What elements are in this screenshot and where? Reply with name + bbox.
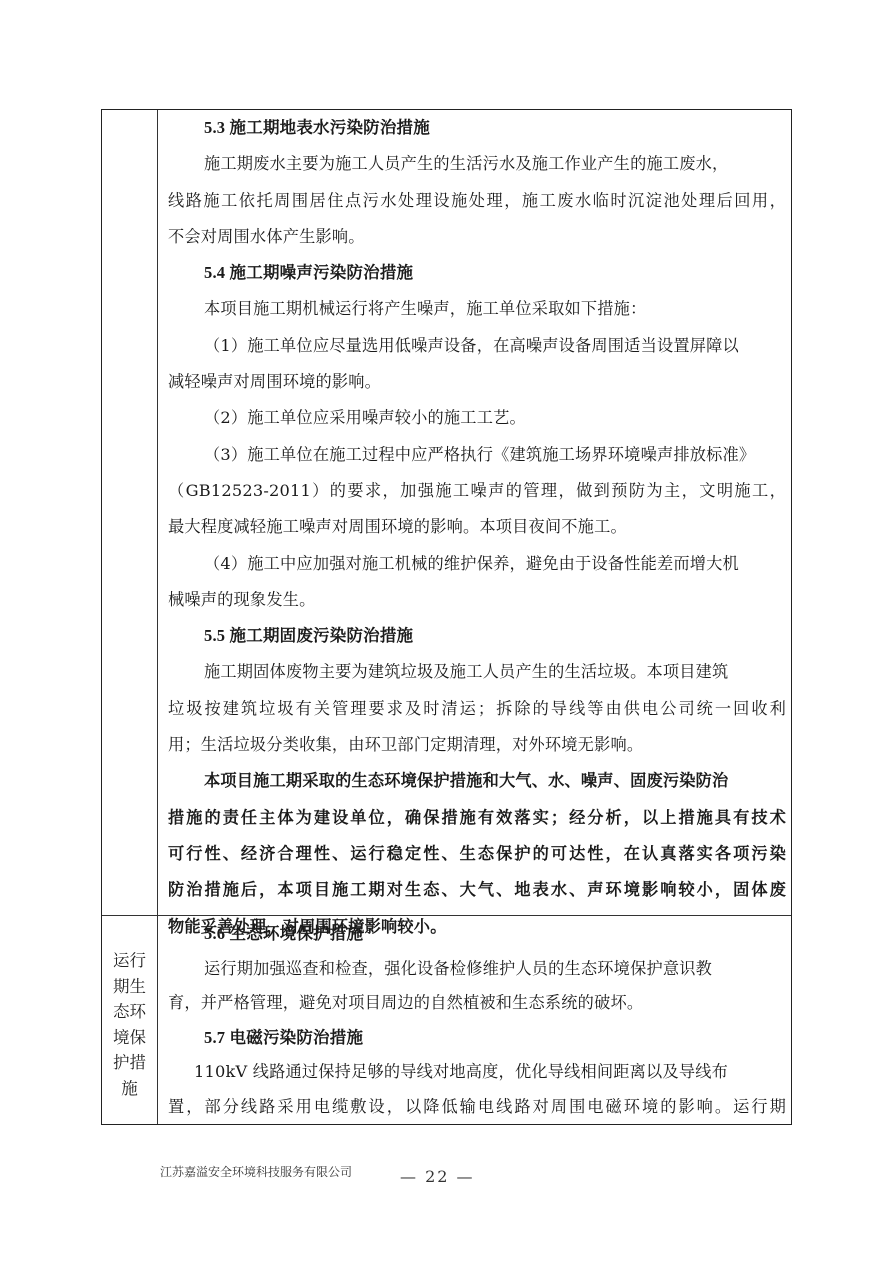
operation-period-cell: 5.6 生态环境保护措施 运行期加强巡查和检查，强化设备检修维护人员的生态环境保… [164,917,786,1125]
list-item-3-cont: （GB12523-2011）的要求，加强施工噪声的管理，做到预防为主，文明施工， [164,473,786,509]
paragraph-line: 110kV 线路通过保持足够的导线对地高度，优化导线相间距离以及导线布 [164,1055,786,1090]
page-number: — 22 — [400,1167,475,1186]
paragraph-line: 垃圾按建筑垃圾有关管理要求及时清运；拆除的导线等由供电公司统一回收利 [164,691,786,727]
paragraph-line: 不会对周围水体产生影响。 [164,219,786,255]
paragraph-line: 用；生活垃圾分类收集，由环卫部门定期清理，对外环境无影响。 [164,727,786,763]
paragraph-line: 线路施工依托周围居住点污水处理设施处理，施工废水临时沉淀池处理后回用， [164,183,786,219]
measures-table: 5.3 施工期地表水污染防治措施 施工期废水主要为施工人员产生的生活污水及施工作… [101,109,792,1125]
summary-line: 可行性、经济合理性、运行稳定性、生态保护的可达性，在认真落实各项污染 [164,836,786,872]
list-item-3: （3）施工单位在施工过程中应严格执行《建筑施工场界环境噪声排放标准》 [164,437,786,473]
column-divider [157,110,158,1124]
summary-line: 措施的责任主体为建设单位，确保措施有效落实；经分析，以上措施具有技术 [164,800,786,836]
label-line: 运行 [102,948,157,974]
section-5-4-title: 5.4 施工期噪声污染防治措施 [164,255,786,291]
label-line: 态环 [102,999,157,1025]
paragraph-line: 施工期固体废物主要为建筑垃圾及施工人员产生的生活垃圾。本项目建筑 [164,654,786,690]
footer-company: 江苏嘉溢安全环境科技服务有限公司 [160,1163,352,1180]
paragraph-line: 运行期加强巡查和检查，强化设备检修维护人员的生态环境保护意识教 [164,952,786,987]
list-item-4-cont: 械噪声的现象发生。 [164,582,786,618]
list-item-2: （2）施工单位应采用噪声较小的施工工艺。 [164,400,786,436]
section-5-7-title: 5.7 电磁污染防治措施 [164,1021,786,1056]
construction-period-cell: 5.3 施工期地表水污染防治措施 施工期废水主要为施工人员产生的生活污水及施工作… [164,110,786,945]
list-item-3-cont: 最大程度减轻施工噪声对周围环境的影响。本项目夜间不施工。 [164,509,786,545]
section-5-3-title: 5.3 施工期地表水污染防治措施 [164,110,786,146]
summary-line: 防治措施后，本项目施工期对生态、大气、地表水、声环境影响较小，固体废 [164,872,786,908]
section-5-6-title: 5.6 生态环境保护措施 [164,917,786,952]
label-line: 境保 [102,1025,157,1051]
label-line: 期生 [102,974,157,1000]
paragraph-line: 本项目施工期机械运行将产生噪声，施工单位采取如下措施： [164,291,786,327]
section-5-5-title: 5.5 施工期固废污染防治措施 [164,618,786,654]
operation-period-label: 运行 期生 态环 境保 护措 施 [102,948,157,1102]
list-item-1-cont: 减轻噪声对周围环境的影响。 [164,364,786,400]
label-line: 施 [102,1076,157,1102]
paragraph-line: 置，部分线路采用电缆敷设，以降低输电线路对周围电磁环境的影响。运行期 [164,1090,786,1125]
list-item-1: （1）施工单位应尽量选用低噪声设备，在高噪声设备周围适当设置屏障以 [164,328,786,364]
paragraph-line: 育，并严格管理，避免对项目周边的自然植被和生态系统的破坏。 [164,986,786,1021]
label-line: 护措 [102,1050,157,1076]
summary-line: 本项目施工期采取的生态环境保护措施和大气、水、噪声、固废污染防治 [164,763,786,799]
list-item-4: （4）施工中应加强对施工机械的维护保养，避免由于设备性能差而增大机 [164,546,786,582]
paragraph-line: 施工期废水主要为施工人员产生的生活污水及施工作业产生的施工废水， [164,146,786,182]
